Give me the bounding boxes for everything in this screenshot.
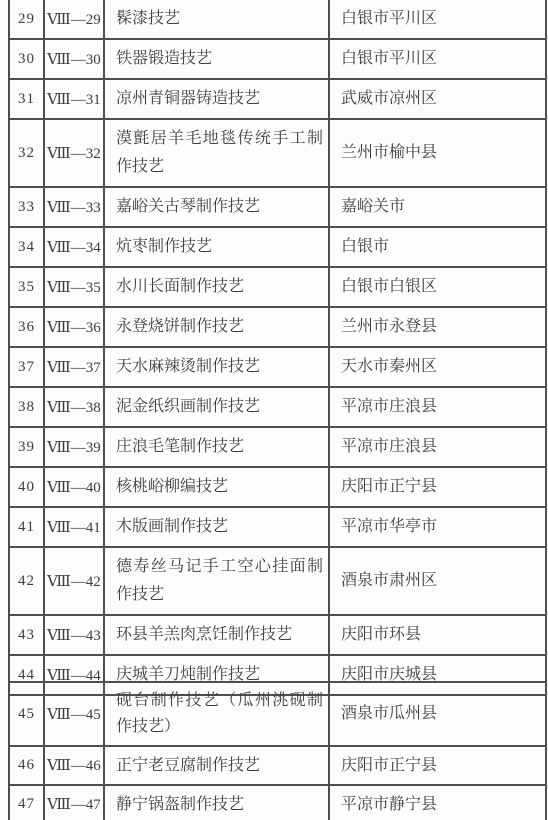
heritage-table-section-2: 45 Ⅷ—45 砚台制作技艺（瓜州洮砚制作技艺） 酒泉市瓜州县 46 Ⅷ—46 … (8, 681, 547, 820)
table-row: 29 Ⅷ—29 髹漆技艺 白银市平川区 (9, 0, 546, 39)
table-row: 47 Ⅷ—47 静宁锅盔制作技艺 平凉市静宁县 (9, 785, 546, 820)
region-cell: 白银市白银区 (329, 267, 546, 307)
item-name-cell: 炕枣制作技艺 (104, 227, 329, 267)
region-cell: 白银市 (329, 227, 546, 267)
region-cell: 白银市平川区 (329, 39, 546, 79)
item-name-cell: 德寿丝马记手工空心挂面制作技艺 (104, 547, 329, 615)
region-cell: 白银市平川区 (329, 0, 546, 39)
row-number-cell: 36 (9, 307, 44, 347)
item-code-cell: Ⅷ—42 (44, 547, 104, 615)
table-row: 40 Ⅷ—40 核桃峪柳编技艺 庆阳市正宁县 (9, 467, 546, 507)
heritage-table-section-1: 29 Ⅷ—29 髹漆技艺 白银市平川区 30 Ⅷ—30 铁器锻造技艺 白银市平川… (8, 0, 547, 696)
table-row: 30 Ⅷ—30 铁器锻造技艺 白银市平川区 (9, 39, 546, 79)
region-cell: 平凉市华亭市 (329, 507, 546, 547)
region-cell: 庆阳市环县 (329, 615, 546, 655)
table-row: 42 Ⅷ—42 德寿丝马记手工空心挂面制作技艺 酒泉市肃州区 (9, 547, 546, 615)
region-cell: 平凉市庄浪县 (329, 427, 546, 467)
item-name-cell: 漠氈居羊毛地毯传统手工制作技艺 (104, 119, 329, 187)
document-page: 29 Ⅷ—29 髹漆技艺 白银市平川区 30 Ⅷ—30 铁器锻造技艺 白银市平川… (0, 0, 548, 820)
table-row: 41 Ⅷ—41 木版画制作技艺 平凉市华亭市 (9, 507, 546, 547)
row-number-cell: 40 (9, 467, 44, 507)
region-cell: 酒泉市肃州区 (329, 547, 546, 615)
item-code-cell: Ⅷ—31 (44, 79, 104, 119)
item-name-cell: 嘉峪关古琴制作技艺 (104, 187, 329, 227)
table-row: 33 Ⅷ—33 嘉峪关古琴制作技艺 嘉峪关市 (9, 187, 546, 227)
table-row: 43 Ⅷ—43 环县羊羔肉烹饪制作技艺 庆阳市环县 (9, 615, 546, 655)
row-number-cell: 47 (9, 785, 44, 820)
row-number-cell: 31 (9, 79, 44, 119)
row-number-cell: 32 (9, 119, 44, 187)
item-name-cell: 泥金纸织画制作技艺 (104, 387, 329, 427)
region-cell: 庆阳市正宁县 (329, 467, 546, 507)
item-name-cell: 水川长面制作技艺 (104, 267, 329, 307)
row-number-cell: 29 (9, 0, 44, 39)
region-cell: 平凉市静宁县 (329, 785, 546, 820)
table-body-section-1: 29 Ⅷ—29 髹漆技艺 白银市平川区 30 Ⅷ—30 铁器锻造技艺 白银市平川… (9, 0, 546, 695)
item-code-cell: Ⅷ—35 (44, 267, 104, 307)
item-code-cell: Ⅷ—37 (44, 347, 104, 387)
item-name-cell: 砚台制作技艺（瓜州洮砚制作技艺） (104, 682, 329, 746)
row-number-cell: 37 (9, 347, 44, 387)
region-cell: 武威市凉州区 (329, 79, 546, 119)
row-number-cell: 33 (9, 187, 44, 227)
row-number-cell: 34 (9, 227, 44, 267)
item-name-cell: 天水麻辣烫制作技艺 (104, 347, 329, 387)
region-cell: 兰州市永登县 (329, 307, 546, 347)
row-number-cell: 41 (9, 507, 44, 547)
row-number-cell: 38 (9, 387, 44, 427)
row-number-cell: 35 (9, 267, 44, 307)
table-row: 36 Ⅷ—36 永登烧饼制作技艺 兰州市永登县 (9, 307, 546, 347)
table-row: 31 Ⅷ—31 凉州青铜器铸造技艺 武威市凉州区 (9, 79, 546, 119)
region-cell: 天水市秦州区 (329, 347, 546, 387)
item-name-cell: 正宁老豆腐制作技艺 (104, 746, 329, 785)
item-code-cell: Ⅷ—33 (44, 187, 104, 227)
item-name-cell: 髹漆技艺 (104, 0, 329, 39)
item-code-cell: Ⅷ—38 (44, 387, 104, 427)
row-number-cell: 39 (9, 427, 44, 467)
row-number-cell: 42 (9, 547, 44, 615)
region-cell: 兰州市榆中县 (329, 119, 546, 187)
item-name-cell: 凉州青铜器铸造技艺 (104, 79, 329, 119)
row-number-cell: 43 (9, 615, 44, 655)
item-name-cell: 核桃峪柳编技艺 (104, 467, 329, 507)
item-code-cell: Ⅷ—40 (44, 467, 104, 507)
table-row: 45 Ⅷ—45 砚台制作技艺（瓜州洮砚制作技艺） 酒泉市瓜州县 (9, 682, 546, 746)
region-cell: 庆阳市正宁县 (329, 746, 546, 785)
item-name-cell: 木版画制作技艺 (104, 507, 329, 547)
item-code-cell: Ⅷ—45 (44, 682, 104, 746)
table-body-section-2: 45 Ⅷ—45 砚台制作技艺（瓜州洮砚制作技艺） 酒泉市瓜州县 46 Ⅷ—46 … (9, 682, 546, 820)
item-name-cell: 铁器锻造技艺 (104, 39, 329, 79)
item-name-cell: 静宁锅盔制作技艺 (104, 785, 329, 820)
item-name-cell: 永登烧饼制作技艺 (104, 307, 329, 347)
item-code-cell: Ⅷ—36 (44, 307, 104, 347)
region-cell: 嘉峪关市 (329, 187, 546, 227)
table-row: 34 Ⅷ—34 炕枣制作技艺 白银市 (9, 227, 546, 267)
row-number-cell: 45 (9, 682, 44, 746)
table-row: 46 Ⅷ—46 正宁老豆腐制作技艺 庆阳市正宁县 (9, 746, 546, 785)
item-code-cell: Ⅷ—47 (44, 785, 104, 820)
item-code-cell: Ⅷ—29 (44, 0, 104, 39)
item-code-cell: Ⅷ—43 (44, 615, 104, 655)
table-row: 39 Ⅷ—39 庄浪毛笔制作技艺 平凉市庄浪县 (9, 427, 546, 467)
item-code-cell: Ⅷ—39 (44, 427, 104, 467)
item-code-cell: Ⅷ—46 (44, 746, 104, 785)
item-code-cell: Ⅷ—30 (44, 39, 104, 79)
row-number-cell: 46 (9, 746, 44, 785)
row-number-cell: 30 (9, 39, 44, 79)
item-code-cell: Ⅷ—32 (44, 119, 104, 187)
table-row: 37 Ⅷ—37 天水麻辣烫制作技艺 天水市秦州区 (9, 347, 546, 387)
item-code-cell: Ⅷ—41 (44, 507, 104, 547)
region-cell: 酒泉市瓜州县 (329, 682, 546, 746)
table-row: 38 Ⅷ—38 泥金纸织画制作技艺 平凉市庄浪县 (9, 387, 546, 427)
item-name-cell: 环县羊羔肉烹饪制作技艺 (104, 615, 329, 655)
item-name-cell: 庄浪毛笔制作技艺 (104, 427, 329, 467)
table-row: 32 Ⅷ—32 漠氈居羊毛地毯传统手工制作技艺 兰州市榆中县 (9, 119, 546, 187)
item-code-cell: Ⅷ—34 (44, 227, 104, 267)
table-row: 35 Ⅷ—35 水川长面制作技艺 白银市白银区 (9, 267, 546, 307)
region-cell: 平凉市庄浪县 (329, 387, 546, 427)
